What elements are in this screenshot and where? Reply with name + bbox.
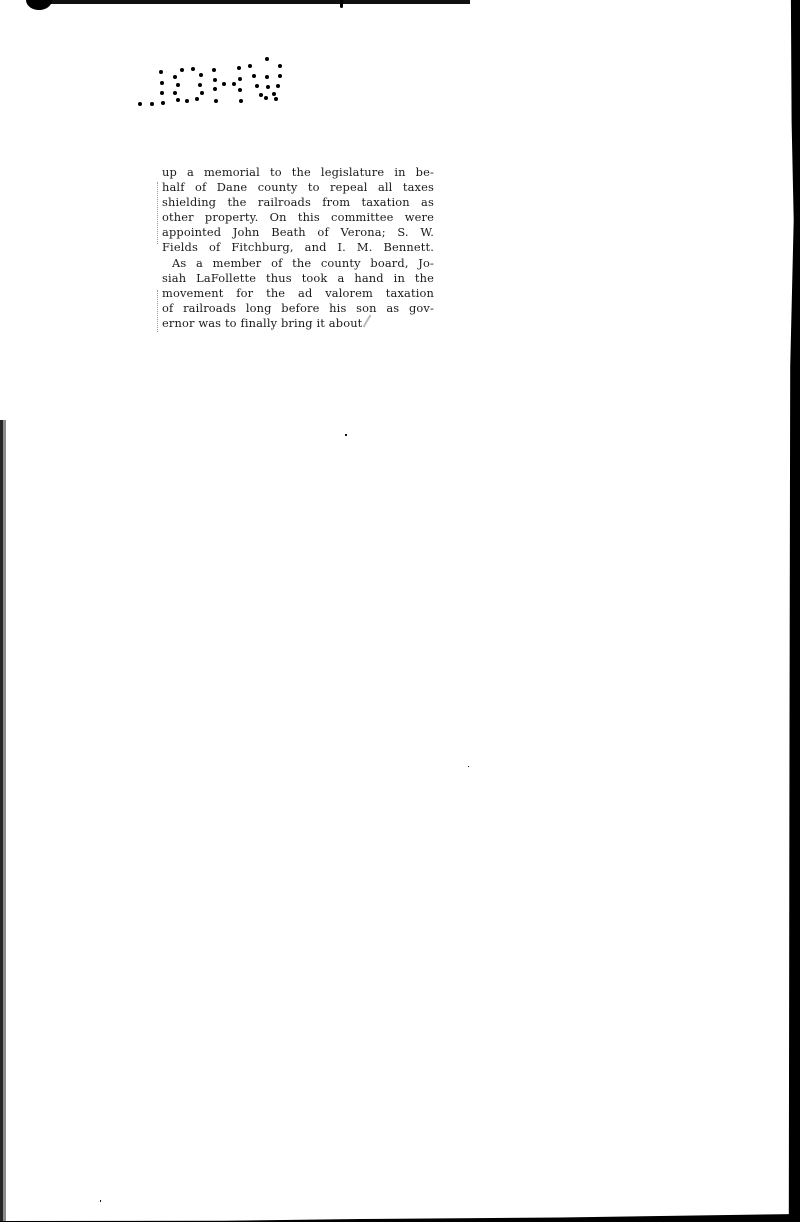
text-line: Fields of Fitchburg, and I. M. Bennett. — [162, 240, 434, 255]
perforation-dot — [213, 87, 217, 91]
text-line: appointed John Beath of Verona; S. W. — [162, 225, 434, 240]
perforation-dot — [176, 83, 180, 87]
scan-edge-right — [786, 0, 800, 1222]
perforation-dot — [213, 78, 217, 82]
perforation-dot — [278, 74, 282, 78]
perforation-dot — [276, 84, 280, 88]
perforation-dot — [255, 84, 259, 88]
perforation-dot — [191, 67, 195, 71]
perforation-dot — [266, 85, 270, 89]
perforation-dot — [173, 91, 177, 95]
perforation-dot — [198, 83, 202, 87]
perforation-dot — [180, 68, 184, 72]
clipping-paragraph: As a member of the county board, Jo- sia… — [162, 256, 434, 331]
perforation-dot — [150, 102, 154, 106]
perforation-dot — [265, 75, 269, 79]
perforation-dot — [222, 82, 226, 86]
speck — [100, 1200, 101, 1202]
perforation-dot — [252, 74, 256, 78]
perforation-dot — [248, 64, 252, 68]
perforation-dot — [212, 68, 216, 72]
perforation-dot — [259, 93, 263, 97]
clipping-paragraph: up a memorial to the legislature in be- … — [162, 165, 434, 256]
perforation-dot — [176, 98, 180, 102]
text-line: other property. On this committee were — [162, 210, 434, 225]
perforation-dot — [159, 70, 163, 74]
text-line: shielding the railroads from taxation as — [162, 195, 434, 210]
perforation-dot — [274, 97, 278, 101]
perforation-dot — [264, 96, 268, 100]
perforation-dot — [238, 77, 242, 81]
text-line: ernor was to finally bring it about. — [162, 316, 434, 331]
perforation-dot — [138, 102, 142, 106]
perforation-dot — [265, 57, 269, 61]
perforation-dot — [237, 66, 241, 70]
perforation-dot — [199, 73, 203, 77]
speck — [468, 766, 469, 767]
text-line: siah LaFollette thus took a hand in the — [162, 271, 434, 286]
text-line: As a member of the county board, Jo- — [162, 256, 434, 271]
scan-edge-left — [0, 420, 6, 1222]
text-line: half of Dane county to repeal all taxes — [162, 180, 434, 195]
perforation-dot — [160, 81, 164, 85]
perforation-dot — [173, 75, 177, 79]
text-line: movement for the ad valorem taxation — [162, 286, 434, 301]
perforation-dot — [278, 64, 282, 68]
perforation-dot — [232, 82, 236, 86]
scanned-page: up a memorial to the legislature in be- … — [0, 0, 800, 1222]
perforation-dot — [272, 92, 276, 96]
speck — [345, 434, 347, 436]
perforation-dot — [214, 99, 218, 103]
scan-edge-bottom — [0, 1212, 800, 1222]
perforation-stamp — [0, 0, 800, 130]
perforation-dot — [195, 97, 199, 101]
margin-mark — [157, 290, 158, 332]
perforation-dot — [185, 99, 189, 103]
text-line: of railroads long before his son as gov- — [162, 301, 434, 316]
margin-mark — [157, 182, 158, 244]
perforation-dot — [160, 91, 164, 95]
perforation-dot — [238, 88, 242, 92]
newspaper-clipping: up a memorial to the legislature in be- … — [162, 165, 434, 331]
perforation-dot — [239, 99, 243, 103]
perforation-dot — [161, 101, 165, 105]
text-line: up a memorial to the legislature in be- — [162, 165, 434, 180]
perforation-dot — [200, 91, 204, 95]
